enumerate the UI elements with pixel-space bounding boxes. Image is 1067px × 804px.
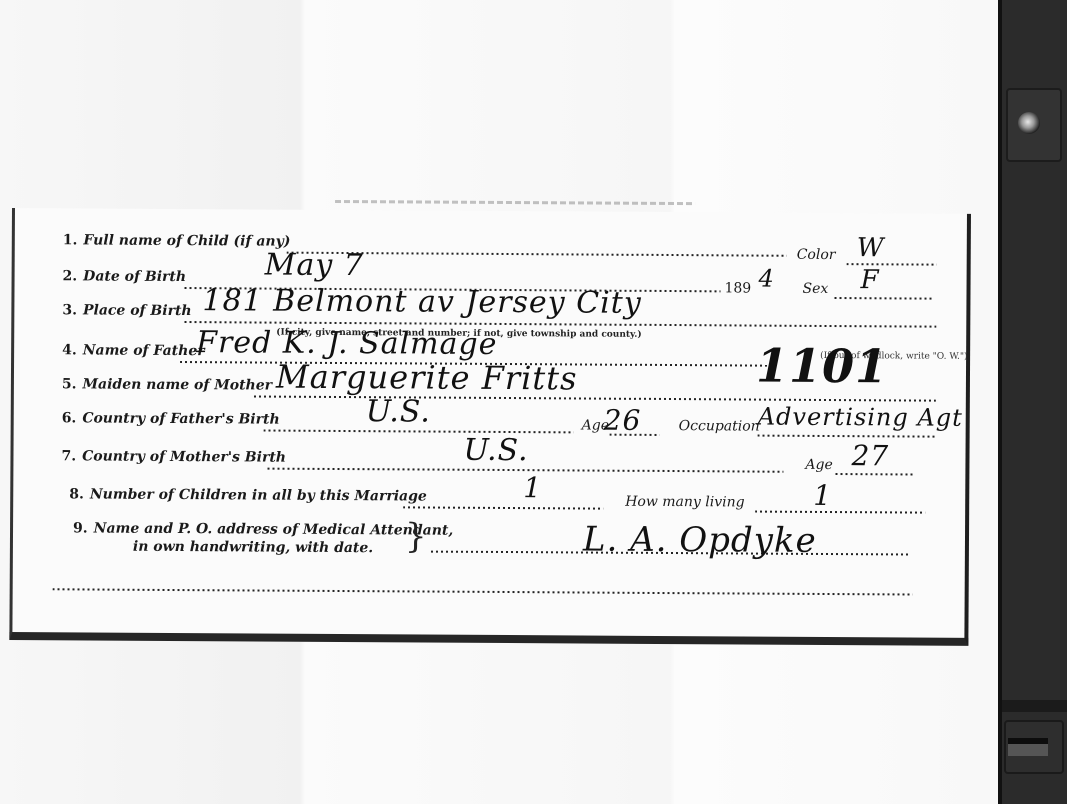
living-label: How many living [625,494,744,511]
field-label: in own handwriting, with date. [133,539,373,556]
field-medical-attendant-line2: in own handwriting, with date. [133,539,373,556]
field-number: 1. [63,232,78,248]
dotted-line [254,395,936,401]
stamp-number: 1101 [756,339,888,394]
place-of-birth-value: 181 Belmont av Jersey City [202,283,642,321]
occupation-label: Occupation [679,418,760,434]
field-mother-maiden-name: 5.Maiden name of Mother [62,376,272,393]
sex-value: F [860,265,879,295]
label: Sex [802,281,828,297]
scanner-slot [1008,738,1048,756]
field-number: 3. [62,302,77,318]
scanner-latch [1004,720,1064,774]
dotted-line [835,473,915,475]
children-count-value: 1 [523,471,542,504]
field-label: Country of Father's Birth [82,410,279,427]
brace-icon: } [405,516,427,556]
field-number: 6. [62,410,77,426]
mother-age-label: Age [805,457,832,473]
medical-attendant-signature: L. A. Opdyke [583,519,817,560]
field-children-count: 8.Number of Children in all by this Marr… [69,486,427,504]
mother-maiden-name-value: Marguerite Fritts [276,358,578,398]
father-name-value: Fred K. J. Salmage [196,325,497,362]
dotted-line [403,506,603,509]
field-label: Date of Birth [83,268,186,285]
father-birth-country-value: U.S. [366,394,431,429]
field-number: 7. [61,448,76,464]
dotted-line [758,435,936,438]
label: How many living [625,494,744,511]
mother-birth-country-value: U.S. [463,433,528,468]
field-label: Name and P. O. address of Medical Attend… [94,521,454,539]
field-label: Number of Children in all by this Marria… [90,486,427,504]
field-label: Place of Birth [83,302,192,319]
label: 189 [724,280,751,296]
dotted-line [834,297,934,300]
field-label: Full name of Child (if any) [83,232,290,249]
dotted-line-blank [53,588,913,595]
scanner-lid-edge [998,0,1067,804]
mother-age-value: 27 [851,439,889,472]
label: Age [805,457,832,473]
color-value: W [857,233,885,263]
color-label: Color [797,247,836,263]
year-value: 4 [758,265,774,293]
living-value: 1 [813,479,832,512]
field-father-birth-country: 6.Country of Father's Birth [62,410,280,427]
field-number: 2. [63,268,78,284]
field-number: 5. [62,376,77,392]
field-number: 9. [73,520,88,536]
scanner-bracket [1006,88,1062,162]
field-label: Country of Mother's Birth [82,448,286,465]
field-number: 4. [62,342,77,358]
field-place-of-birth: 3.Place of Birth [62,302,191,319]
field-date-of-birth: 2.Date of Birth [63,268,187,285]
year-prefix: 189 [724,280,751,296]
field-number: 8. [69,486,84,502]
screw-icon [1018,112,1040,134]
occupation-value: Advertising Agt [758,403,963,432]
label: Occupation [679,418,760,434]
scanner-band [1002,700,1067,712]
field-father-name: 4.Name of Father [62,342,205,359]
birth-certificate: 1.Full name of Child (if any) Color W 2.… [9,208,971,646]
field-label: Name of Father [83,342,205,359]
field-medical-attendant: 9.Name and P. O. address of Medical Atte… [73,520,453,538]
dotted-line [755,511,925,514]
field-child-name: 1.Full name of Child (if any) [63,232,291,249]
field-mother-birth-country: 7.Country of Mother's Birth [61,448,286,465]
date-of-birth-value: May 7 [265,248,364,284]
field-label: Maiden name of Mother [82,376,272,393]
label: Color [797,247,836,263]
sex-label: Sex [802,281,828,297]
father-age-value: 26 [604,404,642,437]
